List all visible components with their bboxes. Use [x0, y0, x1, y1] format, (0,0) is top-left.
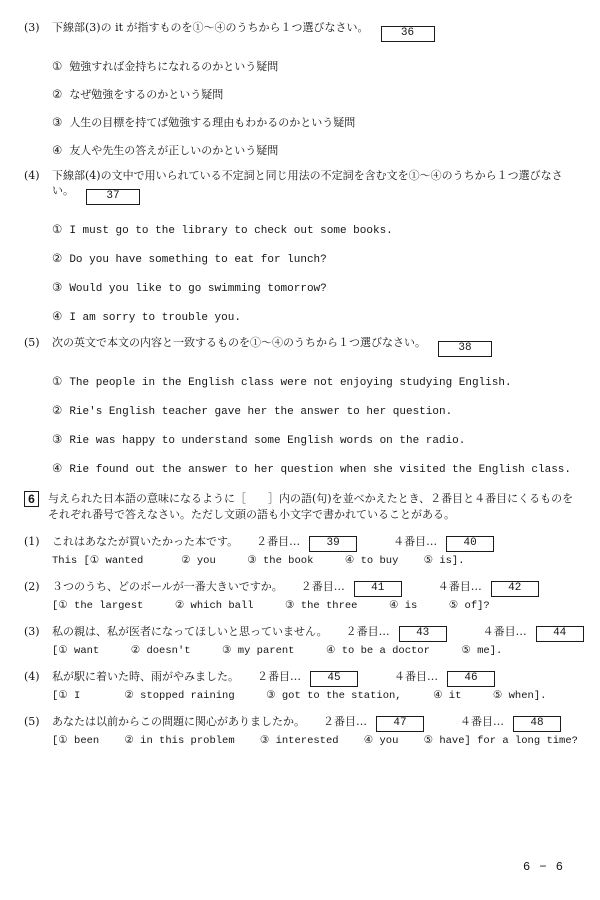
rearrange-item-4: (4) 私が駅に着いた時、雨がやみました。 ２番目… 45 ４番目… 46 [①…: [24, 669, 582, 703]
choice-text: 勉強すれば金持ちになれるのかという疑問: [69, 60, 278, 74]
section-6: 6 与えられた日本語の意味になるように［ ］内の語(句)を並べかえたとき、２番目…: [24, 491, 582, 748]
second-position-label: ２番目…: [346, 624, 390, 639]
answer-box-42: 42: [491, 581, 539, 597]
fourth-position-label: ４番目…: [394, 669, 438, 684]
choice-text: The people in the English class were not…: [69, 376, 511, 390]
choice: ①The people in the English class were no…: [52, 374, 582, 390]
item-word-choices: [① the largest ② which ball ③ the three …: [52, 599, 582, 613]
section-6-instructions: 与えられた日本語の意味になるように［ ］内の語(句)を並べかえたとき、２番目と４…: [48, 491, 573, 523]
choice: ④友人や先生の答えが正しいのかという疑問: [52, 143, 582, 158]
item-japanese: これはあなたが買いたかった本です。: [52, 534, 238, 549]
choice: ②Rie's English teacher gave her the answ…: [52, 403, 582, 419]
choice: ④I am sorry to trouble you.: [52, 309, 582, 325]
question-5-label: (5): [24, 335, 52, 350]
choice-marker: ①: [52, 374, 62, 388]
second-position-label: ２番目…: [256, 534, 300, 549]
page-number: 6 − 6: [523, 860, 564, 874]
choice: ③Rie was happy to understand some Englis…: [52, 432, 582, 448]
second-position-label: ２番目…: [323, 714, 367, 729]
choice-text: 友人や先生の答えが正しいのかという疑問: [69, 144, 278, 158]
item-5-row: (5) あなたは以前からこの問題に関心がありましたか。 ２番目… 47 ４番目……: [24, 714, 582, 732]
choice-marker: ④: [52, 461, 62, 475]
section-number-box: 6: [24, 491, 39, 507]
choice: ①勉強すれば金持ちになれるのかという疑問: [52, 59, 582, 74]
question-4-label: (4): [24, 168, 52, 183]
item-label: (2): [24, 579, 52, 594]
choice-text: Rie's English teacher gave her the answe…: [69, 405, 452, 419]
answer-box-45: 45: [310, 671, 358, 687]
fourth-position-label: ４番目…: [438, 579, 482, 594]
choice: ①I must go to the library to check out s…: [52, 222, 582, 238]
question-3-label: (3): [24, 20, 52, 35]
answer-box-47: 47: [376, 716, 424, 732]
question-4-prompt: 下線部(4)の文中で用いられている不定詞と同じ用法の不定詞を含む文を①～④のうち…: [52, 168, 582, 205]
question-5-choices: ①The people in the English class were no…: [52, 374, 582, 477]
item-japanese: あなたは以前からこの問題に関心がありましたか。: [52, 714, 305, 729]
choice: ②なぜ勉強をするのかという疑問: [52, 87, 582, 102]
question-3-prompt: 下線部(3)の it が指すものを①～④のうちから１つ選びなさい。36: [52, 20, 582, 42]
answer-box-46: 46: [447, 671, 495, 687]
question-4-prompt-line2: い。: [52, 184, 74, 197]
second-position-label: ２番目…: [301, 579, 345, 594]
item-1-row: (1) これはあなたが買いたかった本です。 ２番目… 39 ４番目… 40: [24, 534, 582, 552]
choice-marker: ①: [52, 59, 62, 73]
choice-marker: ②: [52, 251, 62, 265]
choice-text: 人生の目標を持てば勉強する理由もわかるのかという疑問: [69, 116, 355, 130]
choice-text: なぜ勉強をするのかという疑問: [69, 88, 223, 102]
question-3: (3) 下線部(3)の it が指すものを①～④のうちから１つ選びなさい。36 …: [24, 20, 582, 158]
question-5-body: 次の英文で本文の内容と一致するものを①～④のうちから１つ選びなさい。38 ①Th…: [52, 335, 582, 477]
question-4-prompt-line1: 下線部(4)の文中で用いられている不定詞と同じ用法の不定詞を含む文を①～④のうち…: [52, 169, 563, 182]
answer-box-36: 36: [381, 26, 435, 42]
rearrange-item-3: (3) 私の親は、私が医者になってほしいと思っていません。 ２番目… 43 ４番…: [24, 624, 582, 658]
item-japanese: 私が駅に着いた時、雨がやみました。: [52, 669, 239, 684]
choice-marker: ②: [52, 87, 62, 101]
choice-text: Rie found out the answer to her question…: [69, 463, 571, 477]
choice: ④Rie found out the answer to her questio…: [52, 461, 582, 477]
choice: ③人生の目標を持てば勉強する理由もわかるのかという疑問: [52, 115, 582, 130]
answer-box-43: 43: [399, 626, 447, 642]
item-4-row: (4) 私が駅に着いた時、雨がやみました。 ２番目… 45 ４番目… 46: [24, 669, 582, 687]
question-3-choices: ①勉強すれば金持ちになれるのかという疑問 ②なぜ勉強をするのかという疑問 ③人生…: [52, 59, 582, 158]
item-word-choices: This [① wanted ② you ③ the book ④ to buy…: [52, 554, 582, 568]
rearrange-item-5: (5) あなたは以前からこの問題に関心がありましたか。 ２番目… 47 ４番目……: [24, 714, 582, 748]
item-2-row: (2) ３つのうち、どのボールが一番大きいですか。 ２番目… 41 ４番目… 4…: [24, 579, 582, 597]
choice-marker: ③: [52, 115, 62, 129]
choice: ③Would you like to go swimming tomorrow?: [52, 280, 582, 296]
choice-text: I must go to the library to check out so…: [69, 224, 392, 238]
choice: ②Do you have something to eat for lunch?: [52, 251, 582, 267]
answer-box-40: 40: [446, 536, 494, 552]
item-japanese: ３つのうち、どのボールが一番大きいですか。: [52, 579, 283, 594]
item-label: (3): [24, 624, 52, 639]
choice-text: Rie was happy to understand some English…: [69, 434, 465, 448]
item-label: (4): [24, 669, 52, 684]
question-3-prompt-text: 下線部(3)の it が指すものを①～④のうちから１つ選びなさい。: [52, 21, 369, 34]
choice-marker: ④: [52, 309, 62, 323]
item-word-choices: [① been ② in this problem ③ interested ④…: [52, 734, 582, 748]
item-label: (1): [24, 534, 52, 549]
question-5: (5) 次の英文で本文の内容と一致するものを①～④のうちから１つ選びなさい。38…: [24, 335, 582, 477]
answer-box-44: 44: [536, 626, 584, 642]
question-5-prompt-text: 次の英文で本文の内容と一致するものを①～④のうちから１つ選びなさい。: [52, 336, 426, 349]
question-5-prompt: 次の英文で本文の内容と一致するものを①～④のうちから１つ選びなさい。38: [52, 335, 582, 357]
item-label: (5): [24, 714, 52, 729]
second-position-label: ２番目…: [257, 669, 301, 684]
answer-box-48: 48: [513, 716, 561, 732]
item-word-choices: [① I ② stopped raining ③ got to the stat…: [52, 689, 582, 703]
item-japanese: 私の親は、私が医者になってほしいと思っていません。: [52, 624, 328, 639]
rearrange-item-1: (1) これはあなたが買いたかった本です。 ２番目… 39 ４番目… 40 Th…: [24, 534, 582, 568]
fourth-position-label: ４番目…: [393, 534, 437, 549]
item-word-choices: [① want ② doesn't ③ my parent ④ to be a …: [52, 644, 582, 658]
fourth-position-label: ４番目…: [483, 624, 527, 639]
question-4: (4) 下線部(4)の文中で用いられている不定詞と同じ用法の不定詞を含む文を①～…: [24, 168, 582, 325]
choice-text: Would you like to go swimming tomorrow?: [69, 282, 326, 296]
instruction-line-1: 与えられた日本語の意味になるように［ ］内の語(句)を並べかえたとき、２番目と４…: [48, 491, 573, 507]
question-3-body: 下線部(3)の it が指すものを①～④のうちから１つ選びなさい。36 ①勉強す…: [52, 20, 582, 158]
answer-box-41: 41: [354, 581, 402, 597]
question-4-choices: ①I must go to the library to check out s…: [52, 222, 582, 325]
choice-marker: ④: [52, 143, 62, 157]
choice-text: I am sorry to trouble you.: [69, 311, 241, 325]
instruction-line-2: それぞれ番号で答えなさい。ただし文頭の語も小文字で書かれていることがある。: [48, 507, 573, 523]
answer-box-37: 37: [86, 189, 140, 205]
fourth-position-label: ４番目…: [460, 714, 504, 729]
answer-box-39: 39: [309, 536, 357, 552]
choice-marker: ①: [52, 222, 62, 236]
choice-marker: ③: [52, 280, 62, 294]
item-3-row: (3) 私の親は、私が医者になってほしいと思っていません。 ２番目… 43 ４番…: [24, 624, 582, 642]
section-6-header: 6 与えられた日本語の意味になるように［ ］内の語(句)を並べかえたとき、２番目…: [24, 491, 582, 523]
rearrange-item-2: (2) ３つのうち、どのボールが一番大きいですか。 ２番目… 41 ４番目… 4…: [24, 579, 582, 613]
exam-page: (3) 下線部(3)の it が指すものを①～④のうちから１つ選びなさい。36 …: [0, 0, 600, 900]
question-4-body: 下線部(4)の文中で用いられている不定詞と同じ用法の不定詞を含む文を①～④のうち…: [52, 168, 582, 325]
choice-marker: ②: [52, 403, 62, 417]
choice-marker: ③: [52, 432, 62, 446]
answer-box-38: 38: [438, 341, 492, 357]
choice-text: Do you have something to eat for lunch?: [69, 253, 326, 267]
